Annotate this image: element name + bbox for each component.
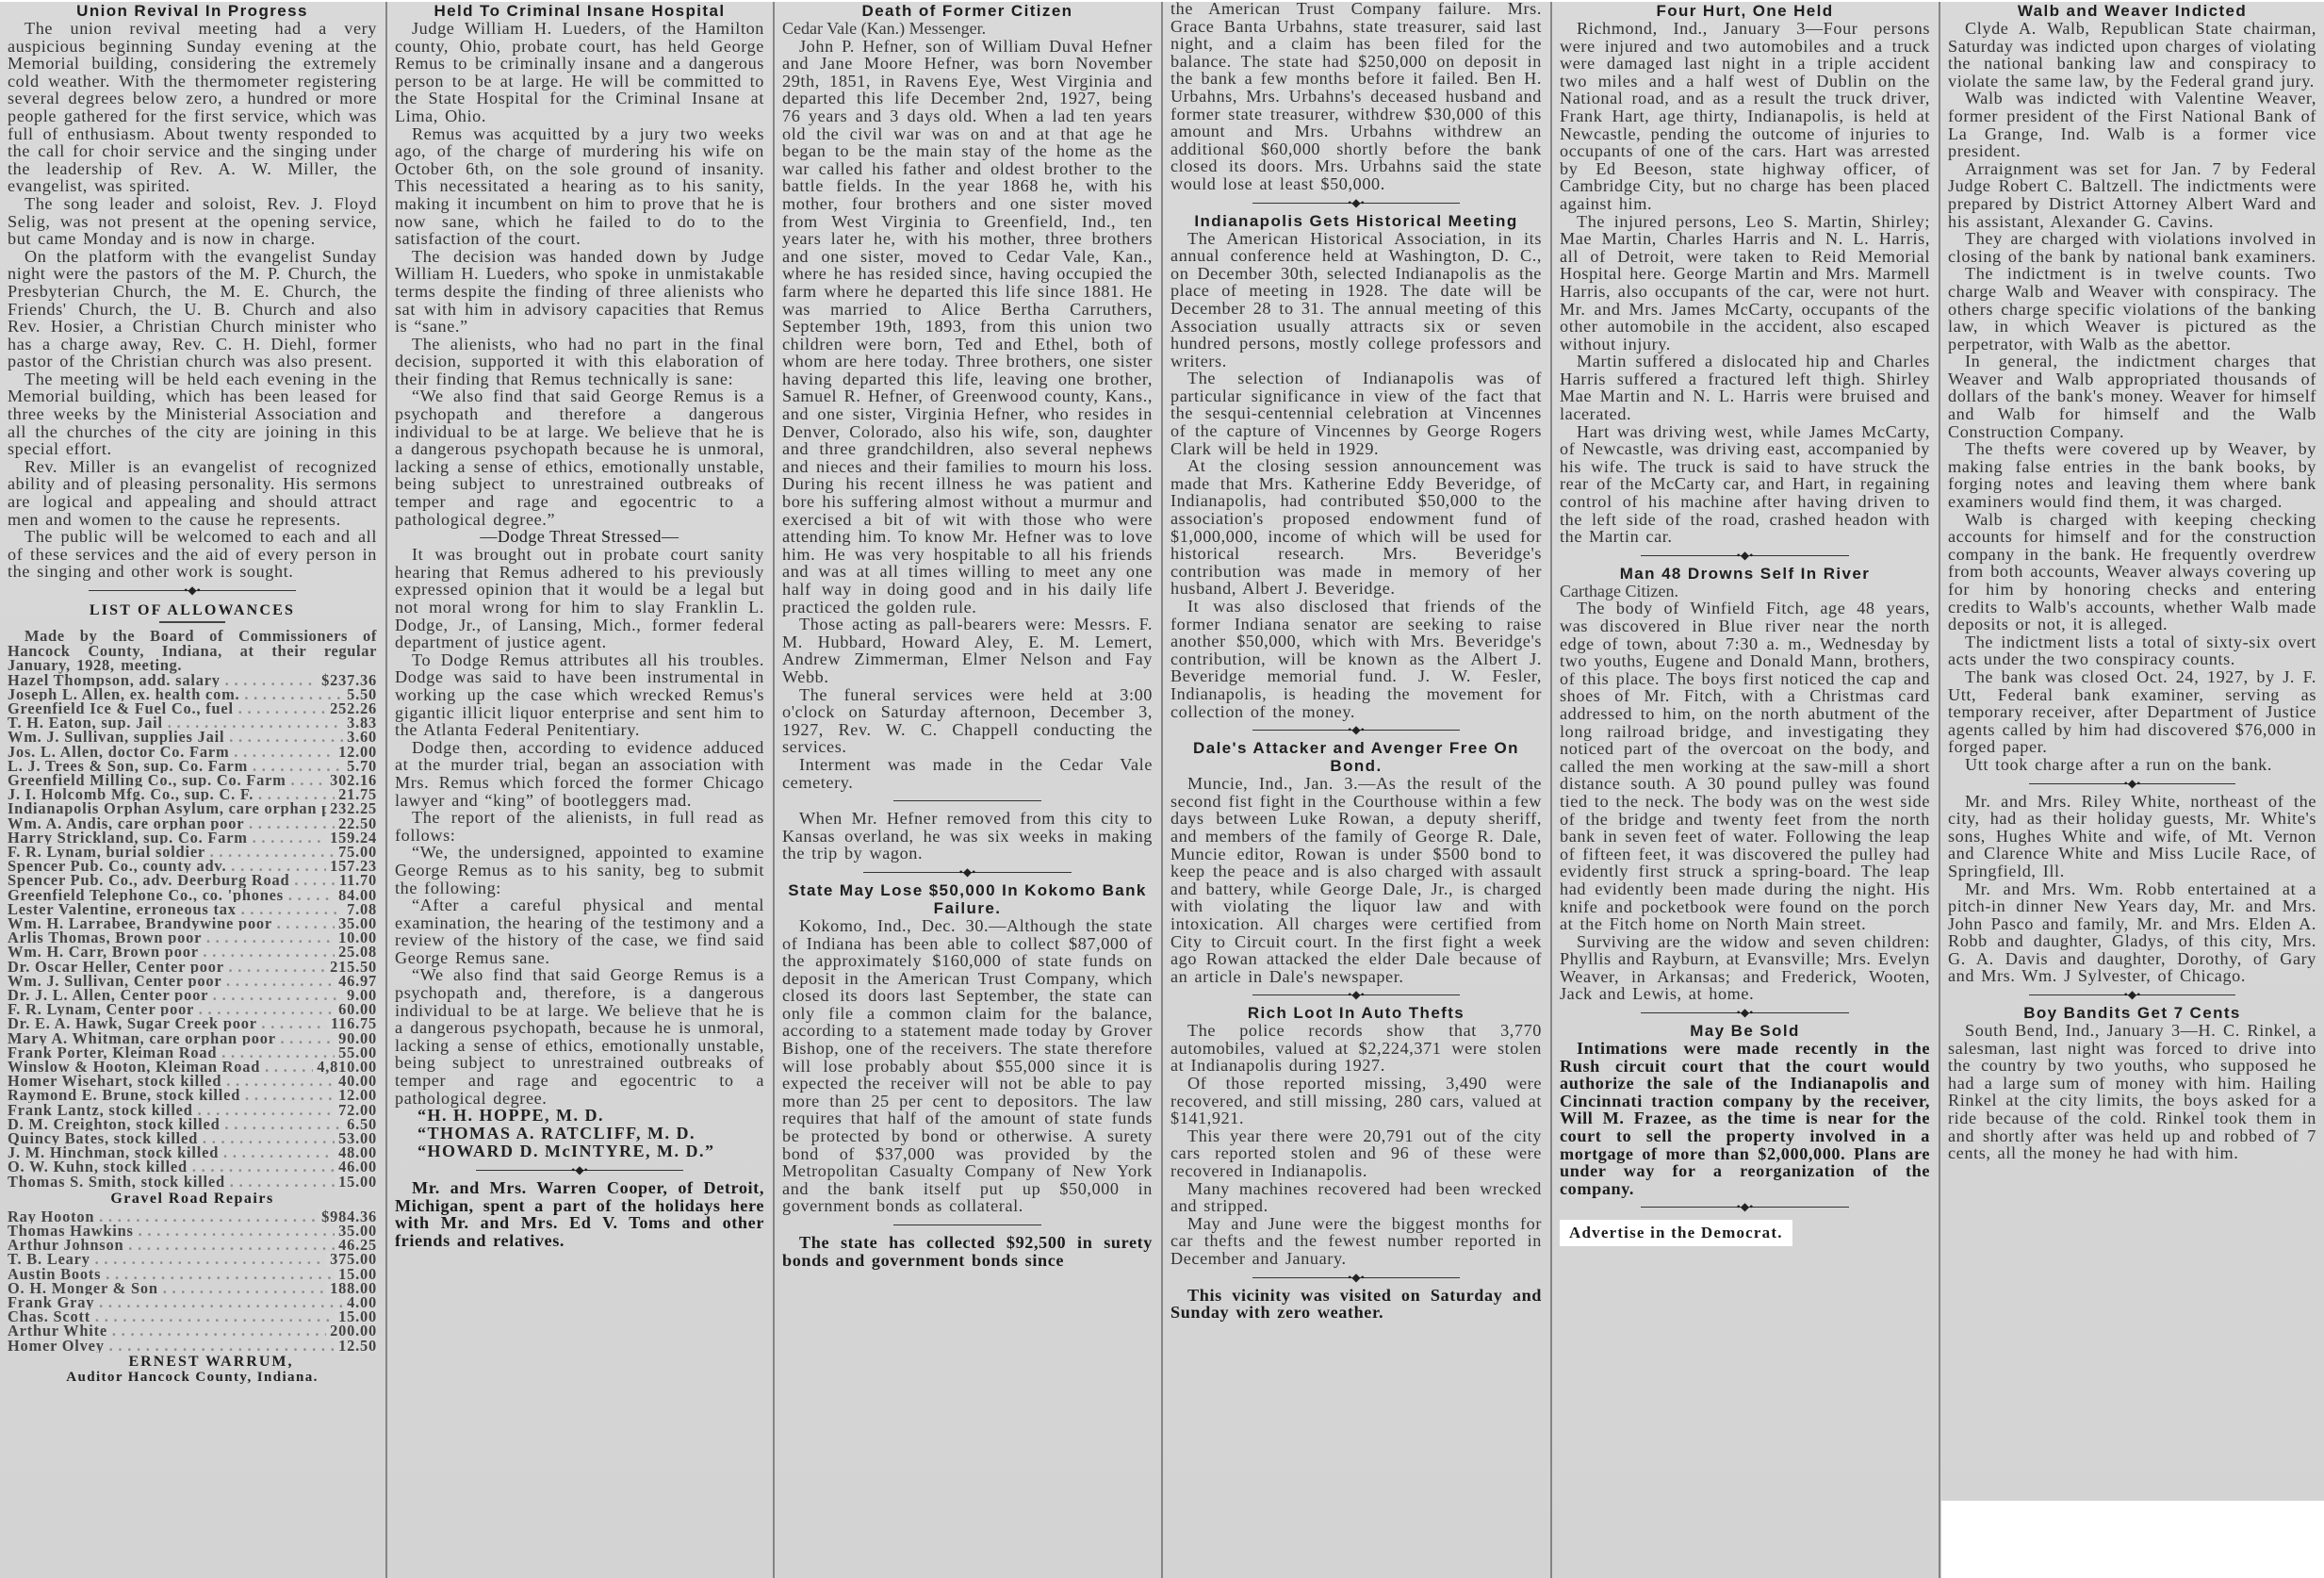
paragraph: The alienists, who had no part in the fi… xyxy=(395,336,764,388)
allowance-row: Dr. Oscar Heller, Center poor215.50 xyxy=(8,960,377,974)
column-2: Held To Criminal Insane Hospital Judge W… xyxy=(389,0,770,1578)
paragraph: the American Trust Company failure. Mrs.… xyxy=(1170,0,1542,193)
payee-name: Joseph L. Allen, ex. health com. xyxy=(8,687,343,701)
paragraph: Hart was driving west, while James McCar… xyxy=(1560,423,1930,546)
paragraph: The union revival meeting had a very aus… xyxy=(8,20,377,195)
ornament-divider: •◆• xyxy=(1170,723,1542,736)
scan-border xyxy=(0,0,2324,2)
allowance-row: O. W. Kuhn, stock killed46.00 xyxy=(8,1159,377,1174)
allowance-row: Jos. L. Allen, doctor Co. Farm12.00 xyxy=(8,745,377,759)
paragraph: Richmond, Ind., January 3—Four persons w… xyxy=(1560,20,1930,213)
payee-name: Dr. Oscar Heller, Center poor xyxy=(8,960,326,974)
payee-name: Wm. H. Larrabee, Brandywine poor xyxy=(8,916,335,930)
paragraph: Martin suffered a dislocated hip and Cha… xyxy=(1560,353,1930,422)
allowance-row: Greenfield Telephone Co., co. 'phones84.… xyxy=(8,888,377,902)
allowance-row: Dr. J. L. Allen, Center poor9.00 xyxy=(8,988,377,1002)
source-line: Cedar Vale (Kan.) Messenger. xyxy=(782,20,1153,38)
ornament-divider: •◆• xyxy=(1170,196,1542,209)
ornament-divider: •◆• xyxy=(782,865,1153,879)
payee-name: Raymond E. Brune, stock killed xyxy=(8,1088,335,1102)
paragraph: Many machines recovered had been wrecked… xyxy=(1170,1180,1542,1215)
paragraph: “After a careful physical and mental exa… xyxy=(395,896,764,966)
ornament-divider: •◆• xyxy=(1170,988,1542,1001)
ornament-icon: •◆• xyxy=(571,1165,588,1175)
allowance-row: F. R. Lynam, Center poor60.00 xyxy=(8,1002,377,1016)
payee-name: J. I. Holcomb Mfg. Co., sup. C. F. xyxy=(8,787,335,801)
payee-name: T. B. Leary xyxy=(8,1252,326,1266)
divider xyxy=(782,794,1153,807)
column-6: Walb and Weaver Indicted Clyde A. Walb, … xyxy=(1942,0,2322,1578)
paragraph: The body of Winfield Fitch, age 48 years… xyxy=(1560,600,1930,932)
ornament-divider: •◆• xyxy=(1560,1200,1930,1213)
paragraph: Clyde A. Walb, Republican State chairman… xyxy=(1948,20,2316,90)
allowance-row: Thomas S. Smith, stock killed15.00 xyxy=(8,1175,377,1189)
signature: “HOWARD D. McINTYRE, M. D.” xyxy=(417,1142,764,1160)
allowances-title: LIST OF ALLOWANCES xyxy=(8,602,377,619)
allowance-row: Dr. E. A. Hawk, Sugar Creek poor116.75 xyxy=(8,1016,377,1030)
headline: Rich Loot In Auto Thefts xyxy=(1170,1004,1542,1022)
article-remus: Held To Criminal Insane Hospital Judge W… xyxy=(395,2,764,1160)
paragraph: The song leader and soloist, Rev. J. Flo… xyxy=(8,195,377,248)
allowance-row: Wm. A. Andis, care orphan poor22.50 xyxy=(8,816,377,830)
paragraph: Mr. and Mrs. Riley White, northeast of t… xyxy=(1948,793,2316,880)
payee-name: Arlis Thomas, Brown poor xyxy=(8,930,335,945)
paragraph: The American Historical Association, in … xyxy=(1170,230,1542,370)
payee-name: Austin Boots xyxy=(8,1267,335,1281)
paragraph: Mr. and Mrs. Wm. Robb entertained at a p… xyxy=(1948,880,2316,986)
allowance-row: F. R. Lynam, burial soldier75.00 xyxy=(8,845,377,859)
ornament-icon: •◆• xyxy=(1348,990,1365,999)
ornament-icon: •◆• xyxy=(1348,725,1365,734)
paragraph: When Mr. Hefner removed from this city t… xyxy=(782,810,1153,863)
ornament-icon: •◆• xyxy=(1737,551,1754,560)
paragraph: Muncie, Ind., Jan. 3.—As the result of t… xyxy=(1170,775,1542,985)
allowance-row: Joseph L. Allen, ex. health com.5.50 xyxy=(8,687,377,701)
allowance-row: Spencer Pub. Co., adv. Deerburg Road11.7… xyxy=(8,873,377,887)
paragraph: The state has collected $92,500 in suret… xyxy=(782,1234,1153,1269)
allowance-row: J. I. Holcomb Mfg. Co., sup. C. F.21.75 xyxy=(8,787,377,801)
paragraph: The thefts were covered up by Weaver, by… xyxy=(1948,440,2316,510)
allowances-intro: Made by the Board of Commissioners of Ha… xyxy=(8,629,377,673)
column-rule xyxy=(385,0,387,1578)
allowance-row: Spencer Pub. Co., county adv.157.23 xyxy=(8,859,377,873)
allowance-row: O. H. Monger & Son188.00 xyxy=(8,1281,377,1295)
paragraph: The public will be welcomed to each and … xyxy=(8,528,377,581)
ornament-icon: •◆• xyxy=(1348,1273,1365,1282)
paragraph: To Dodge Remus attributes all his troubl… xyxy=(395,651,764,739)
paragraph: The police records show that 3,770 autom… xyxy=(1170,1022,1542,1075)
paragraph: The funeral services were held at 3:00 o… xyxy=(782,686,1153,756)
ornament-divider: •◆• xyxy=(1948,777,2316,790)
article-hefner: Death of Former Citizen Cedar Vale (Kan.… xyxy=(782,2,1153,791)
article-walb-weaver: Walb and Weaver Indicted Clyde A. Walb, … xyxy=(1948,2,2316,774)
headline: State May Lose $50,000 In Kokomo Bank Fa… xyxy=(782,881,1153,917)
auditor-title: Auditor Hancock County, Indiana. xyxy=(8,1370,377,1386)
paragraph: Dodge then, according to evidence adduce… xyxy=(395,739,764,809)
list-of-allowances: LIST OF ALLOWANCES Made by the Board of … xyxy=(8,602,377,1386)
payee-name: Homer Wisehart, stock killed xyxy=(8,1074,335,1088)
allowance-row: Wm. J. Sullivan, supplies Jail3.60 xyxy=(8,730,377,744)
paragraph: The injured persons, Leo S. Martin, Shir… xyxy=(1560,213,1930,353)
payee-name: Lester Valentine, erroneous tax xyxy=(8,902,343,916)
auditor-signature: ERNEST WARRUM, xyxy=(45,1355,377,1370)
paragraph: Walb was indicted with Valentine Weaver,… xyxy=(1948,90,2316,159)
payee-name: Frank Gray xyxy=(8,1295,343,1309)
paragraph: The indictment lists a total of sixty-si… xyxy=(1948,633,2316,668)
allowance-row: Quincy Bates, stock killed53.00 xyxy=(8,1131,377,1145)
amount: 12.50 xyxy=(335,1339,377,1353)
subhead: —Dodge Threat Stressed— xyxy=(395,528,764,546)
ornament-divider: •◆• xyxy=(1948,988,2316,1001)
paragraph: “We, the undersigned, appointed to exami… xyxy=(395,844,764,896)
paragraph: At the closing session announcement was … xyxy=(1170,457,1542,598)
payee-name: Wm. J. Sullivan, supplies Jail xyxy=(8,730,343,744)
headline: Boy Bandits Get 7 Cents xyxy=(1948,1004,2316,1022)
allowance-row: Wm. H. Larrabee, Brandywine poor35.00 xyxy=(8,916,377,930)
ornament-icon: •◆• xyxy=(184,585,201,595)
allowance-row: Austin Boots15.00 xyxy=(8,1267,377,1281)
paragraph: Intimations were made recently in the Ru… xyxy=(1560,1040,1930,1197)
payee-name: Chas. Scott xyxy=(8,1309,335,1323)
paragraph: In general, the indictment charges that … xyxy=(1948,353,2316,440)
payee-name: F. R. Lynam, burial soldier xyxy=(8,845,335,859)
payee-name: Indianapolis Orphan Asylum, care orphan … xyxy=(8,801,326,815)
title-rule xyxy=(159,621,225,623)
allowance-row: Hazel Thompson, add. salary$237.36 xyxy=(8,673,377,687)
paragraph: It was brought out in probate court sani… xyxy=(395,546,764,651)
ornament-icon: •◆• xyxy=(1737,1008,1754,1017)
article-auto-thefts: Rich Loot In Auto Thefts The police reco… xyxy=(1170,1004,1542,1267)
ornament-icon: •◆• xyxy=(1348,198,1365,207)
payee-name: Homer Olvey xyxy=(8,1339,335,1353)
paragraph: Remus was acquitted by a jury two weeks … xyxy=(395,125,764,248)
article-drowning: Man 48 Drowns Self In River Carthage Cit… xyxy=(1560,565,1930,1003)
paragraph: The decision was handed down by Judge Wi… xyxy=(395,248,764,336)
ornament-divider: •◆• xyxy=(1560,549,1930,562)
signature: “THOMAS A. RATCLIFF, M. D. xyxy=(417,1125,764,1142)
payee-name: Dr. J. L. Allen, Center poor xyxy=(8,988,343,1002)
allowance-row: Lester Valentine, erroneous tax7.08 xyxy=(8,902,377,916)
allowance-row: Ray Hooton$984.36 xyxy=(8,1209,377,1224)
column-3: Death of Former Citizen Cedar Vale (Kan.… xyxy=(777,0,1158,1578)
article-four-hurt: Four Hurt, One Held Richmond, Ind., Janu… xyxy=(1560,2,1930,546)
advertise-line: Advertise in the Democrat. xyxy=(1560,1220,1792,1246)
payee-name: Ray Hooton xyxy=(8,1209,318,1224)
headline: Indianapolis Gets Historical Meeting xyxy=(1170,212,1542,230)
paragraph: Those acting as pall-bearers were: Messr… xyxy=(782,616,1153,685)
article-union-revival: Union Revival In Progress The union revi… xyxy=(8,2,377,581)
headline: Walb and Weaver Indicted xyxy=(1948,2,2316,20)
article-kokomo-bank: State May Lose $50,000 In Kokomo Bank Fa… xyxy=(782,881,1153,1269)
payee-name: Frank Lantz, stock killed xyxy=(8,1103,335,1117)
payee-name: Greenfield Milling Co., sup. Co. Farm xyxy=(8,773,326,787)
allowance-row: T. B. Leary375.00 xyxy=(8,1252,377,1266)
allowance-row: Harry Strickland, sup. Co. Farm159.24 xyxy=(8,830,377,845)
payee-name: Spencer Pub. Co., adv. Deerburg Road xyxy=(8,873,336,887)
gravel-title: Gravel Road Repairs xyxy=(8,1191,377,1208)
article-cooper: Mr. and Mrs. Warren Cooper, of Detroit, … xyxy=(395,1179,764,1249)
paragraph: Arraignment was set for Jan. 7 by Federa… xyxy=(1948,160,2316,230)
payee-name: Dr. E. A. Hawk, Sugar Creek poor xyxy=(8,1016,327,1030)
paragraph: South Bend, Ind., January 3—H. C. Rinkel… xyxy=(1948,1022,2316,1162)
signature: “H. H. HOPPE, M. D. xyxy=(417,1107,764,1125)
ornament-icon: •◆• xyxy=(1737,1202,1754,1211)
ornament-icon: •◆• xyxy=(2124,779,2141,788)
gravel-list: Ray Hooton$984.36Thomas Hawkins35.00Arth… xyxy=(8,1209,377,1353)
headline: Dale's Attacker and Avenger Free On Bond… xyxy=(1170,739,1542,775)
allowance-row: Arlis Thomas, Brown poor10.00 xyxy=(8,930,377,945)
allowance-row: Raymond E. Brune, stock killed12.00 xyxy=(8,1088,377,1102)
allowance-row: Winslow & Hooton, Kleiman Road4,810.00 xyxy=(8,1060,377,1074)
payee-name: F. R. Lynam, Center poor xyxy=(8,1002,335,1016)
column-rule xyxy=(1550,0,1552,1578)
article-dale: Dale's Attacker and Avenger Free On Bond… xyxy=(1170,739,1542,985)
allowance-row: Mary A. Whitman, care orphan poor90.00 xyxy=(8,1031,377,1045)
payee-name: O. W. Kuhn, stock killed xyxy=(8,1159,335,1174)
article-kokomo-continued: the American Trust Company failure. Mrs.… xyxy=(1170,0,1542,193)
article-may-be-sold: May Be Sold Intimations were made recent… xyxy=(1560,1022,1930,1197)
payee-name: O. H. Monger & Son xyxy=(8,1281,326,1295)
newspaper-page: Union Revival In Progress The union revi… xyxy=(0,0,2324,1578)
paragraph: The report of the alienists, in full rea… xyxy=(395,809,764,844)
payee-name: T. H. Eaton, sup. Jail xyxy=(8,715,343,730)
paragraph: John P. Hefner, son of William Duval Hef… xyxy=(782,38,1153,616)
column-5: Four Hurt, One Held Richmond, Ind., Janu… xyxy=(1554,0,1936,1578)
payee-name: Spencer Pub. Co., county adv. xyxy=(8,859,326,873)
payee-name: Frank Porter, Kleiman Road xyxy=(8,1045,335,1060)
payee-name: D. M. Creighton, stock killed xyxy=(8,1117,343,1131)
article-hefner-wagon: When Mr. Hefner removed from this city t… xyxy=(782,810,1153,863)
payee-name: L. J. Trees & Son, sup. Co. Farm xyxy=(8,759,343,773)
payee-name: Arthur White xyxy=(8,1323,326,1338)
payee-name: Thomas Hawkins xyxy=(8,1224,335,1238)
allowance-row: Arthur Johnson46.25 xyxy=(8,1238,377,1252)
paragraph: The bank was closed Oct. 24, 1927, by J.… xyxy=(1948,668,2316,756)
allowance-row: Homer Olvey12.50 xyxy=(8,1339,377,1353)
payee-name: Wm. A. Andis, care orphan poor xyxy=(8,816,335,830)
allowance-row: T. H. Eaton, sup. Jail3.83 xyxy=(8,715,377,730)
allowance-row: Wm. J. Sullivan, Center poor46.97 xyxy=(8,974,377,988)
paragraph: The meeting will be held each evening in… xyxy=(8,370,377,458)
payee-name: Winslow & Hooton, Kleiman Road xyxy=(8,1060,313,1074)
amount: 15.00 xyxy=(335,1175,377,1189)
payee-name: Greenfield Ice & Fuel Co., fuel xyxy=(8,701,326,715)
payee-name: Quincy Bates, stock killed xyxy=(8,1131,335,1145)
paragraph: Kokomo, Ind., Dec. 30.—Although the stat… xyxy=(782,917,1153,1215)
ornament-icon: •◆• xyxy=(2124,990,2141,999)
column-rule xyxy=(1939,0,1940,1578)
paragraph: It was also disclosed that friends of th… xyxy=(1170,598,1542,720)
column-1: Union Revival In Progress The union revi… xyxy=(2,0,383,1578)
allowance-row: Homer Wisehart, stock killed40.00 xyxy=(8,1074,377,1088)
paragraph: The selection of Indianapolis was of par… xyxy=(1170,370,1542,457)
paragraph: Mr. and Mrs. Warren Cooper, of Detroit, … xyxy=(395,1179,764,1249)
paragraph: Judge William H. Lueders, of the Hamilto… xyxy=(395,20,764,125)
ornament-icon: •◆• xyxy=(959,867,976,877)
headline: Union Revival In Progress xyxy=(8,2,377,20)
paragraph: Rev. Miller is an evangelist of recogniz… xyxy=(8,458,377,528)
paragraph: This year there were 20,791 out of the c… xyxy=(1170,1127,1542,1180)
column-rule xyxy=(1161,0,1163,1578)
paragraph: May and June were the biggest months for… xyxy=(1170,1215,1542,1268)
allowance-row: Frank Lantz, stock killed72.00 xyxy=(8,1103,377,1117)
allowance-row: Wm. H. Carr, Brown poor25.08 xyxy=(8,945,377,959)
headline: Held To Criminal Insane Hospital xyxy=(395,2,764,20)
paragraph: “We also find that said George Remus is … xyxy=(395,966,764,1107)
paragraph: Utt took charge after a run on the bank. xyxy=(1948,756,2316,774)
ornament-divider: •◆• xyxy=(395,1163,764,1176)
column-rule xyxy=(773,0,775,1578)
allowance-row: Indianapolis Orphan Asylum, care orphan … xyxy=(8,801,377,815)
payee-name: Thomas S. Smith, stock killed xyxy=(8,1175,335,1189)
payee-name: Hazel Thompson, add. salary xyxy=(8,673,318,687)
scan-border xyxy=(1941,1501,2324,1578)
headline: Four Hurt, One Held xyxy=(1560,2,1930,20)
paragraph: Of those reported missing, 3,490 were re… xyxy=(1170,1075,1542,1127)
allowance-row: D. M. Creighton, stock killed6.50 xyxy=(8,1117,377,1131)
headline: May Be Sold xyxy=(1560,1022,1930,1040)
allowance-row: Greenfield Ice & Fuel Co., fuel252.26 xyxy=(8,701,377,715)
paragraph: Walb is charged with keeping checking ac… xyxy=(1948,511,2316,633)
allowance-row: L. J. Trees & Son, sup. Co. Farm5.70 xyxy=(8,759,377,773)
ornament-divider: •◆• xyxy=(1560,1006,1930,1019)
allowance-row: Chas. Scott15.00 xyxy=(8,1309,377,1323)
payee-name: Mary A. Whitman, care orphan poor xyxy=(8,1031,335,1045)
divider xyxy=(782,1218,1153,1231)
paragraph: On the platform with the evangelist Sund… xyxy=(8,248,377,370)
payee-name: Harry Strickland, sup. Co. Farm xyxy=(8,830,326,845)
payee-name: J. M. Hinchman, stock killed xyxy=(8,1145,335,1159)
ornament-divider: •◆• xyxy=(1170,1271,1542,1284)
payee-name: Wm. H. Carr, Brown poor xyxy=(8,945,335,959)
allowance-row: Thomas Hawkins35.00 xyxy=(8,1224,377,1238)
article-social-notes: Mr. and Mrs. Riley White, northeast of t… xyxy=(1948,793,2316,986)
payee-name: Wm. J. Sullivan, Center poor xyxy=(8,974,335,988)
allowances-list: Hazel Thompson, add. salary$237.36Joseph… xyxy=(8,673,377,1189)
allowance-row: Frank Gray4.00 xyxy=(8,1295,377,1309)
article-historical-meeting: Indianapolis Gets Historical Meeting The… xyxy=(1170,212,1542,721)
allowance-row: J. M. Hinchman, stock killed48.00 xyxy=(8,1145,377,1159)
allowance-row: Arthur White200.00 xyxy=(8,1323,377,1338)
payee-name: Arthur Johnson xyxy=(8,1238,335,1252)
paragraph: Interment was made in the Cedar Vale cem… xyxy=(782,756,1153,791)
payee-name: Greenfield Telephone Co., co. 'phones xyxy=(8,888,335,902)
source-line: Carthage Citizen. xyxy=(1560,583,1930,600)
ornament-divider: •◆• xyxy=(8,584,377,597)
paragraph: Surviving are the widow and seven childr… xyxy=(1560,933,1930,1003)
paragraph: They are charged with violations involve… xyxy=(1948,230,2316,265)
column-4: the American Trust Company failure. Mrs.… xyxy=(1165,0,1547,1578)
paragraph: The indictment is in twelve counts. Two … xyxy=(1948,265,2316,353)
weather-note: This vicinity was visited on Saturday an… xyxy=(1170,1287,1542,1322)
paragraph: “We also find that said George Remus is … xyxy=(395,387,764,528)
payee-name: Jos. L. Allen, doctor Co. Farm xyxy=(8,745,335,759)
headline: Man 48 Drowns Self In River xyxy=(1560,565,1930,583)
headline: Death of Former Citizen xyxy=(782,2,1153,20)
allowance-row: Greenfield Milling Co., sup. Co. Farm302… xyxy=(8,773,377,787)
article-boy-bandits: Boy Bandits Get 7 Cents South Bend, Ind.… xyxy=(1948,1004,2316,1162)
